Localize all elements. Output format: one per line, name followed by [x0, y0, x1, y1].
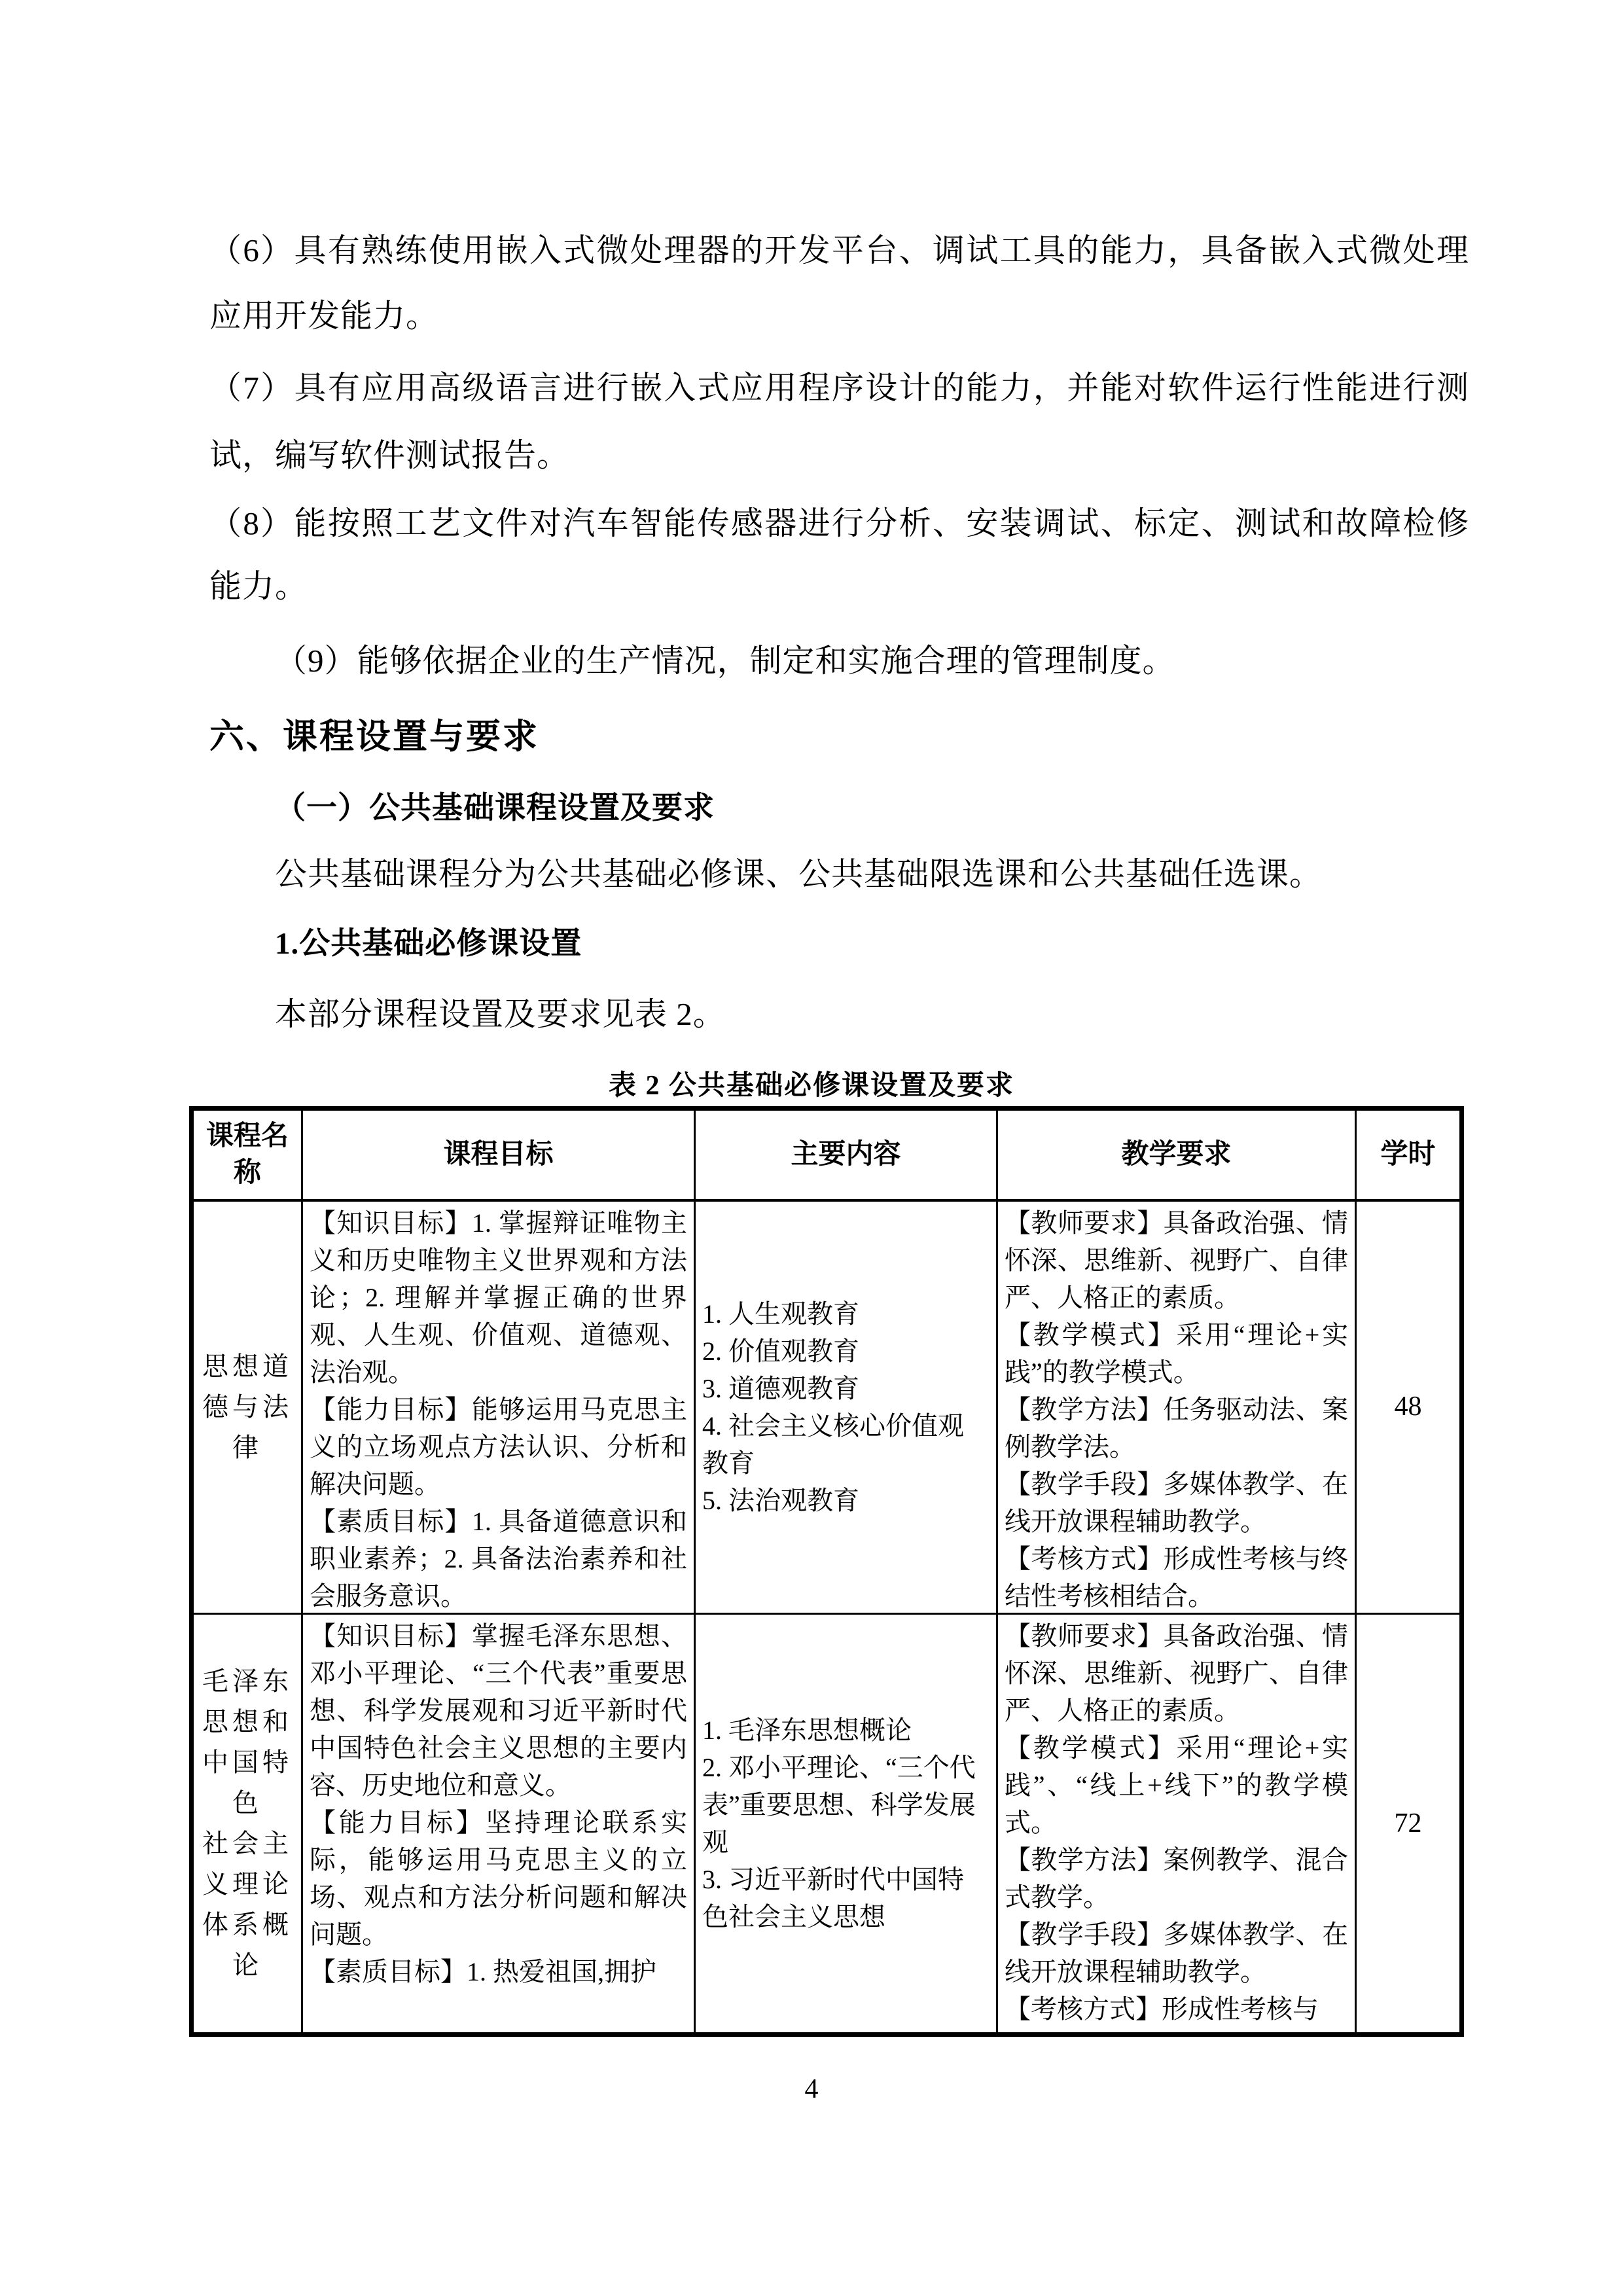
subsection-heading: （一）公共基础课程设置及要求	[209, 783, 715, 827]
req-teacher: 【教师要求】具备政治强、情怀深、思维新、视野广、自律严、人格正的素质。	[1005, 1617, 1348, 1729]
goal-quality: 【素质目标】1. 具备道德意识和职业素养；2. 具备法治素养和社会服务意识。	[310, 1503, 687, 1610]
req-means: 【教学手段】多媒体教学、在线开放课程辅助教学。	[1005, 1465, 1348, 1540]
teaching-requirements-text: 【教师要求】具备政治强、情怀深、思维新、视野广、自律严、人格正的素质。 【教学模…	[1005, 1617, 1348, 2028]
body-line: 应用开发能力。	[209, 296, 1469, 336]
body-line: 能力。	[209, 566, 1469, 606]
req-method: 【教学方法】任务驱动法、案例教学法。	[1005, 1391, 1348, 1465]
hours-cell: 48	[1356, 1200, 1462, 1614]
course-name-line: 德与法	[194, 1387, 301, 1427]
goal-quality: 【素质目标】1. 热爱祖国,拥护	[310, 1953, 687, 1990]
body-line: （7）具有应用高级语言进行嵌入式应用程序设计的能力，并能对软件运行性能进行测	[209, 368, 1469, 408]
req-means: 【教学手段】多媒体教学、在线开放课程辅助教学。	[1005, 1916, 1348, 1990]
course-name-line: 义理论	[194, 1864, 301, 1905]
sub-subsection-heading: 1.公共基础必修课设置	[209, 919, 582, 963]
col-header-main-content: 主要内容	[695, 1109, 997, 1200]
course-goals-cell: 【知识目标】1. 掌握辩证唯物主义和历史唯物主义世界观和方法论；2. 理解并掌握…	[302, 1200, 695, 1614]
intro-paragraph: 公共基础课程分为公共基础必修课、公共基础限选课和公共基础任选课。	[209, 854, 1469, 894]
content-item: 3. 道德观教育	[702, 1370, 990, 1407]
course-name-line: 体系概	[194, 1905, 301, 1945]
main-content-cell: 1. 人生观教育 2. 价值观教育 3. 道德观教育 4. 社会主义核心价值观教…	[695, 1200, 997, 1614]
hours-cell: 72	[1356, 1614, 1462, 2035]
page-number: 4	[0, 2073, 1623, 2105]
content-item: 1. 人生观教育	[702, 1295, 990, 1333]
course-table: 课程名称 课程目标 主要内容 教学要求 学时 思想道 德与法 律 【知识目标】1…	[189, 1106, 1464, 2037]
teaching-requirements-text: 【教师要求】具备政治强、情怀深、思维新、视野广、自律严、人格正的素质。 【教学模…	[1005, 1204, 1348, 1610]
col-header-course-goals: 课程目标	[302, 1109, 695, 1200]
course-name-line: 社会主	[194, 1823, 301, 1864]
course-goals-cell: 【知识目标】掌握毛泽东思想、邓小平理论、“三个代表”重要思想、科学发展观和习近平…	[302, 1614, 695, 2035]
col-header-course-name: 课程名称	[192, 1109, 302, 1200]
req-mode: 【教学模式】采用“理论+实践”的教学模式。	[1005, 1316, 1348, 1391]
course-name-cell: 思想道 德与法 律	[192, 1200, 302, 1614]
course-name-line: 律	[194, 1427, 301, 1468]
goal-ability: 【能力目标】坚持理论联系实际，能够运用马克思主义的立场、观点和方法分析问题和解决…	[310, 1804, 687, 1953]
content-item: 4. 社会主义核心价值观教育	[702, 1407, 990, 1482]
document-page: （6）具有熟练使用嵌入式微处理器的开发平台、调试工具的能力，具备嵌入式微处理 应…	[0, 0, 1623, 2296]
body-line: （9）能够依据企业的生产情况，制定和实施合理的管理制度。	[209, 641, 1469, 681]
goal-knowledge: 【知识目标】掌握毛泽东思想、邓小平理论、“三个代表”重要思想、科学发展观和习近平…	[310, 1617, 687, 1804]
body-line: （8）能按照工艺文件对汽车智能传感器进行分析、安装调试、标定、测试和故障检修	[209, 503, 1469, 543]
body-line: 试，编写软件测试报告。	[209, 435, 1469, 475]
course-name-cell: 毛泽东 思想和 中国特 色 社会主 义理论 体系概 论	[192, 1614, 302, 2035]
main-content-cell: 1. 毛泽东思想概论 2. 邓小平理论、“三个代表”重要思想、科学发展观 3. …	[695, 1614, 997, 2035]
req-teacher: 【教师要求】具备政治强、情怀深、思维新、视野广、自律严、人格正的素质。	[1005, 1204, 1348, 1316]
content-item: 3. 习近平新时代中国特色社会主义思想	[702, 1861, 990, 1935]
content-item: 1. 毛泽东思想概论	[702, 1712, 990, 1749]
teaching-requirements-cell: 【教师要求】具备政治强、情怀深、思维新、视野广、自律严、人格正的素质。 【教学模…	[997, 1200, 1356, 1614]
course-name-line: 论	[194, 1945, 301, 1986]
goal-ability: 【能力目标】能够运用马克思主义的立场观点方法认识、分析和解决问题。	[310, 1391, 687, 1503]
table-caption: 表 2 公共基础必修课设置及要求	[0, 1064, 1623, 1103]
col-header-hours: 学时	[1356, 1109, 1462, 1200]
table-header-row: 课程名称 课程目标 主要内容 教学要求 学时	[192, 1109, 1462, 1200]
table-row: 毛泽东 思想和 中国特 色 社会主 义理论 体系概 论 【知识目标】掌握毛泽东思…	[192, 1614, 1462, 2035]
body-line: （6）具有熟练使用嵌入式微处理器的开发平台、调试工具的能力，具备嵌入式微处理	[209, 230, 1469, 270]
req-mode: 【教学模式】采用“理论+实践”、“线上+线下”的教学模式。	[1005, 1729, 1348, 1841]
table-row: 思想道 德与法 律 【知识目标】1. 掌握辩证唯物主义和历史唯物主义世界观和方法…	[192, 1200, 1462, 1614]
goal-knowledge: 【知识目标】1. 掌握辩证唯物主义和历史唯物主义世界观和方法论；2. 理解并掌握…	[310, 1204, 687, 1391]
course-name-line: 中国特	[194, 1742, 301, 1783]
course-name-line: 思想和	[194, 1702, 301, 1742]
req-assessment: 【考核方式】形成性考核与终结性考核相结合。	[1005, 1540, 1348, 1610]
course-name-line: 毛泽东	[194, 1661, 301, 1702]
section-heading: 六、课程设置与要求	[209, 709, 539, 759]
content-item: 5. 法治观教育	[702, 1482, 990, 1519]
req-method: 【教学方法】案例教学、混合式教学。	[1005, 1841, 1348, 1916]
course-goals-text: 【知识目标】掌握毛泽东思想、邓小平理论、“三个代表”重要思想、科学发展观和习近平…	[310, 1617, 687, 1990]
course-name-line: 思想道	[194, 1346, 301, 1387]
req-assessment: 【考核方式】形成性考核与	[1005, 1990, 1348, 2028]
col-header-teaching-requirements: 教学要求	[997, 1109, 1356, 1200]
table-reference-paragraph: 本部分课程设置及要求见表 2。	[209, 994, 1469, 1034]
content-item: 2. 价值观教育	[702, 1333, 990, 1370]
teaching-requirements-cell: 【教师要求】具备政治强、情怀深、思维新、视野广、自律严、人格正的素质。 【教学模…	[997, 1614, 1356, 2035]
content-item: 2. 邓小平理论、“三个代表”重要思想、科学发展观	[702, 1749, 990, 1861]
course-goals-text: 【知识目标】1. 掌握辩证唯物主义和历史唯物主义世界观和方法论；2. 理解并掌握…	[310, 1204, 687, 1610]
course-name-line: 色	[194, 1783, 301, 1823]
